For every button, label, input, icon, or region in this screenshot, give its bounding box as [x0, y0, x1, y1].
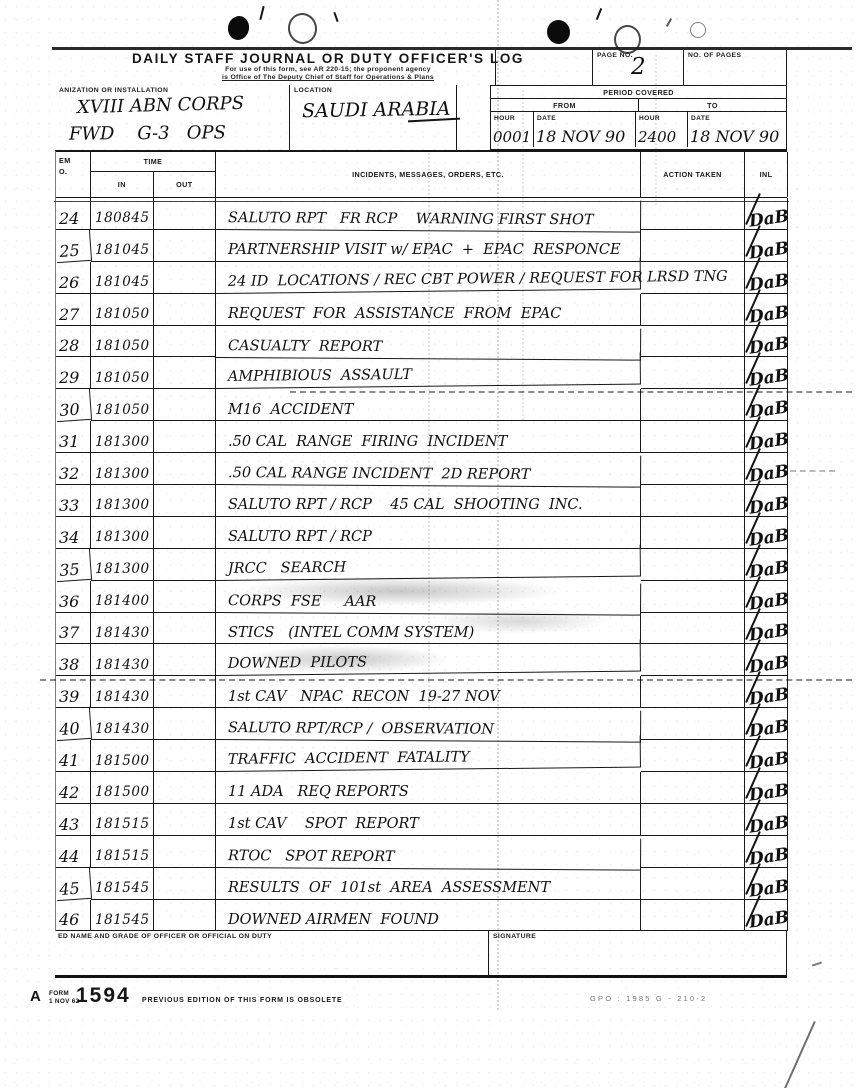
initials-cell: DaB [745, 421, 788, 453]
time-out-cell [154, 517, 216, 549]
table-row: 27 181050 REQUEST FOR ASSISTANCE FROM EP… [56, 294, 787, 326]
time-in-header: IN [91, 172, 154, 197]
form-title-block: DAILY STAFF JOURNAL OR DUTY OFFICER'S LO… [128, 51, 528, 83]
time-in-cell: 181300 [91, 517, 154, 549]
item-no-cell: 30 [55, 388, 92, 422]
time-in-cell: 181300 [91, 549, 154, 581]
initials-scribble: DaB [748, 240, 790, 262]
table-row: 34 181300 SALUTO RPT / RCP DaB [56, 517, 787, 549]
table-row: 46 181545 DOWNED AIRMEN FOUND DaB [56, 900, 787, 932]
organization-label: ANIZATION OR INSTALLATION [55, 85, 289, 94]
action-taken-cell [641, 836, 745, 868]
initials-scribble: DaB [748, 431, 790, 453]
initials-scribble: DaB [748, 208, 790, 230]
action-taken-cell [641, 421, 745, 453]
signature-label: SIGNATURE [493, 933, 536, 940]
table-row: 45 181545 RESULTS OF 101st AREA ASSESSME… [56, 868, 787, 900]
to-date-label: DATE [691, 115, 710, 122]
organization-box: ANIZATION OR INSTALLATION XVIII ABN CORP… [55, 85, 290, 150]
location-box: LOCATION SAUDI ARABIA [290, 85, 457, 150]
time-in-cell: 181515 [91, 804, 154, 836]
table-row: 36 181400 CORPS FSE AAR DaB [56, 581, 787, 613]
organization-value-line2: FWD G-3 OPS [69, 124, 226, 143]
from-date-value: 18 NOV 90 [536, 129, 625, 145]
action-taken-cell [641, 644, 745, 676]
signature-field: SIGNATURE [488, 931, 786, 975]
time-in-cell: 181050 [91, 389, 154, 421]
item-no-cell: 42 [56, 772, 91, 804]
incident-cell: DOWNED AIRMEN FOUND [216, 900, 641, 932]
time-in-cell: 181430 [91, 644, 154, 676]
time-in-cell: 181430 [91, 613, 154, 645]
time-in-cell: 181045 [91, 262, 154, 294]
initials-scribble: DaB [748, 750, 790, 772]
no-of-pages-box: NO. OF PAGES [683, 50, 787, 85]
pen-stroke-mark [812, 962, 822, 967]
item-no-header: EM O. [56, 152, 91, 197]
initials-scribble: DaB [748, 559, 790, 581]
form-title: DAILY STAFF JOURNAL OR DUTY OFFICER'S LO… [128, 51, 528, 66]
initials-scribble: DaB [748, 463, 790, 485]
action-taken-cell [641, 389, 745, 421]
form-word: FORM [49, 990, 79, 998]
initials-scribble: DaB [748, 814, 790, 836]
action-taken-cell [641, 230, 745, 262]
pen-tick-mark [259, 6, 264, 20]
initials-cell: DaB [745, 549, 788, 581]
scan-artifact-dashes [290, 391, 852, 393]
form-word-date: FORM 1 NOV 62 [49, 990, 79, 1007]
time-out-cell [154, 836, 216, 868]
initials-cell: DaB [745, 389, 788, 421]
initials-cell: DaB [745, 453, 788, 485]
initials-cell: DaB [745, 836, 788, 868]
scanned-form-page: DAILY STAFF JOURNAL OR DUTY OFFICER'S LO… [0, 0, 856, 1088]
pen-ring-mark [286, 11, 320, 47]
initials-cell: DaB [745, 804, 788, 836]
initials-scribble: DaB [748, 591, 790, 613]
time-in-cell: 181045 [91, 230, 154, 262]
time-out-cell [154, 294, 216, 326]
initials-scribble: DaB [748, 846, 790, 868]
time-out-cell [154, 421, 216, 453]
time-out-cell [154, 708, 216, 740]
scan-fold-line [655, 55, 657, 205]
item-no-cell: 28 [56, 326, 91, 358]
initials-scribble: DaB [748, 368, 790, 390]
initials-scribble: DaB [748, 400, 790, 422]
location-label: LOCATION [290, 85, 456, 94]
time-out-cell [154, 262, 216, 294]
period-covered-box: PERIOD COVERED FROM TO HOUR 0001 DATE 18… [490, 85, 787, 150]
header-empty-box [495, 50, 592, 85]
time-in-cell: 181050 [91, 326, 154, 358]
initials-cell: DaB [745, 230, 788, 262]
item-no-cell: 31 [56, 421, 91, 453]
initials-cell: DaB [745, 868, 788, 900]
action-taken-cell [641, 613, 745, 645]
item-no-cell: 41 [56, 740, 91, 772]
organization-value-line1: XVIII ABN CORPS [77, 95, 245, 117]
action-taken-cell [641, 708, 745, 740]
table-row: 24 180845 SALUTO RPT FR RCP WARNING FIRS… [56, 198, 787, 230]
action-taken-cell [641, 676, 745, 708]
item-no-cell: 40 [55, 707, 92, 741]
table-row: 30 181050 M16 ACCIDENT DaB [56, 389, 787, 421]
time-in-cell: 181500 [91, 740, 154, 772]
table-row: 25 181045 PARTNERSHIP VISIT w/ EPAC + EP… [56, 230, 787, 262]
initials-scribble: DaB [748, 878, 790, 900]
period-from-label: FROM [491, 99, 639, 111]
table-row: 31 181300 .50 CAL RANGE FIRING INCIDENT … [56, 421, 787, 453]
time-in-cell: 181300 [91, 485, 154, 517]
action-taken-cell [641, 804, 745, 836]
initials-cell: DaB [745, 613, 788, 645]
time-in-cell: 181545 [91, 900, 154, 932]
pen-tick-mark [333, 12, 338, 22]
table-row: 26 181045 24 ID LOCATIONS / REC CBT POWE… [56, 262, 787, 294]
table-row: 37 181430 STICS (INTEL COMM SYSTEM) DaB [56, 613, 787, 645]
item-no-cell: 32 [56, 453, 91, 485]
pen-tick-mark [666, 18, 672, 27]
initials-header: INL [745, 152, 788, 197]
incident-cell: RTOC SPOT REPORT [216, 836, 641, 870]
item-no-cell: 37 [56, 613, 91, 645]
page-no-value: 2 [631, 56, 646, 79]
hole-punch-mark [545, 19, 571, 46]
action-taken-cell [641, 772, 745, 804]
initials-cell: DaB [745, 772, 788, 804]
from-date-label: DATE [537, 115, 556, 122]
initials-cell: DaB [745, 198, 788, 230]
initials-cell: DaB [745, 740, 788, 772]
form-number: 1594 [76, 984, 131, 1008]
time-out-cell [154, 389, 216, 421]
obsolete-note: PREVIOUS EDITION OF THIS FORM IS OBSOLET… [142, 997, 342, 1004]
initials-cell: DaB [745, 262, 788, 294]
table-row: 43 181515 1st CAV SPOT REPORT DaB [56, 804, 787, 836]
item-no-cell: 26 [56, 262, 91, 294]
no-of-pages-label: NO. OF PAGES [684, 50, 786, 59]
scan-artifact-dashes [40, 679, 852, 681]
table-row: 44 181515 RTOC SPOT REPORT DaB [56, 836, 787, 868]
initials-scribble: DaB [748, 910, 790, 932]
item-no-cell: 35 [55, 548, 92, 582]
action-taken-cell [641, 357, 745, 389]
time-out-cell [154, 357, 216, 389]
item-no-cell: 29 [56, 357, 91, 389]
initials-cell: DaB [745, 581, 788, 613]
initials-cell: DaB [745, 644, 788, 676]
item-no-cell: 46 [56, 900, 91, 932]
time-in-cell: 181300 [91, 453, 154, 485]
item-no-cell: 45 [55, 867, 92, 901]
initials-scribble: DaB [748, 687, 790, 709]
hole-punch-mark [226, 14, 252, 42]
initials-cell: DaB [745, 900, 788, 932]
table-row: 41 181500 TRAFFIC ACCIDENT FATALITY DaB [56, 740, 787, 772]
time-out-cell [154, 230, 216, 262]
action-taken-cell [641, 549, 745, 581]
gpo-print-note: GPO : 1985 G - 210-2 [590, 994, 707, 1003]
time-in-cell: 181430 [91, 708, 154, 740]
initials-cell: DaB [745, 294, 788, 326]
initials-cell: DaB [745, 708, 788, 740]
typed-name-label: ED NAME AND GRADE OF OFFICER OR OFFICIAL… [58, 933, 272, 940]
time-in-cell: 181050 [91, 357, 154, 389]
item-no-cell: 43 [56, 804, 91, 836]
action-taken-cell [641, 900, 745, 932]
time-in-cell: 181515 [91, 836, 154, 868]
time-in-cell: 181500 [91, 772, 154, 804]
initials-scribble: DaB [748, 304, 790, 326]
initials-scribble: DaB [748, 495, 790, 517]
to-date-value: 18 NOV 90 [690, 129, 779, 145]
item-no-cell: 44 [56, 836, 91, 868]
time-in-cell: 181300 [91, 421, 154, 453]
initials-cell: DaB [745, 326, 788, 358]
item-no-cell: 34 [56, 517, 91, 549]
period-covered-label: PERIOD COVERED [491, 86, 786, 99]
initials-scribble: DaB [748, 272, 790, 294]
scan-fold-line [428, 150, 430, 710]
initials-scribble: DaB [748, 527, 790, 549]
pen-ring-mark [690, 22, 706, 38]
table-row: 42 181500 11 ADA REQ REPORTS DaB [56, 772, 787, 804]
time-header: TIME [91, 152, 215, 172]
time-out-cell [154, 772, 216, 804]
time-out-cell [154, 613, 216, 645]
time-out-cell [154, 549, 216, 581]
pen-tick-mark [596, 8, 602, 20]
item-no-cell: 39 [56, 676, 91, 708]
time-out-cell [154, 868, 216, 900]
incident-cell: 1st CAV SPOT REPORT [216, 804, 641, 836]
table-row: 29 181050 AMPHIBIOUS ASSAULT DaB [56, 357, 787, 389]
to-hour-value: 2400 [638, 130, 676, 145]
action-taken-cell [641, 581, 745, 613]
initials-scribble: DaB [748, 336, 790, 358]
time-in-cell: 181545 [91, 868, 154, 900]
action-taken-cell [641, 868, 745, 900]
scan-fold-line [497, 0, 499, 1010]
table-row: 38 181430 DOWNED PILOTS DaB [56, 644, 787, 676]
item-no-cell: 33 [56, 485, 91, 517]
time-out-cell [154, 581, 216, 613]
time-header-group: TIME IN OUT [91, 152, 216, 197]
item-no-cell: 38 [56, 644, 91, 676]
time-in-cell: 180845 [91, 198, 154, 230]
table-row: 35 181300 JRCC SEARCH DaB [56, 549, 787, 581]
journal-table: EM O. TIME IN OUT INCIDENTS, MESSAGES, O… [55, 150, 787, 931]
initials-scribble: DaB [748, 718, 790, 740]
time-in-cell: 181050 [91, 294, 154, 326]
officer-signature-box: ED NAME AND GRADE OF OFFICER OR OFFICIAL… [55, 931, 787, 978]
action-taken-cell [641, 453, 745, 485]
initials-cell: DaB [745, 517, 788, 549]
scan-fold-line [522, 90, 524, 420]
action-taken-cell [641, 740, 745, 772]
location-value: SAUDI ARABIA [302, 100, 451, 122]
time-out-cell [154, 804, 216, 836]
time-out-cell [154, 644, 216, 676]
page-no-box: PAGE NO. 2 [592, 50, 683, 85]
form-subtitle-line1: For use of this form, see AR 220-15; the… [128, 66, 528, 74]
pen-stroke-mark [782, 1021, 816, 1088]
time-in-cell: 181400 [91, 581, 154, 613]
item-no-cell: 36 [56, 581, 91, 613]
table-row: 40 181430 SALUTO RPT/RCP / OBSERVATION D… [56, 708, 787, 740]
table-row: 39 181430 1st CAV NPAC RECON 19-27 NOV D… [56, 676, 787, 708]
table-header-row: EM O. TIME IN OUT INCIDENTS, MESSAGES, O… [56, 152, 787, 198]
incident-cell: 11 ADA REQ REPORTS [216, 772, 641, 804]
action-taken-cell [641, 326, 745, 358]
initials-cell: DaB [745, 485, 788, 517]
table-row: 28 181050 CASUALTY REPORT DaB [56, 326, 787, 358]
table-row: 32 181300 .50 CAL RANGE INCIDENT 2D REPO… [56, 453, 787, 485]
table-rows: 24 180845 SALUTO RPT FR RCP WARNING FIRS… [56, 198, 787, 931]
item-no-cell: 24 [56, 198, 91, 230]
form-subtitle-line2: is Office of The Deputy Chief of Staff f… [128, 74, 528, 82]
incident-cell: TRAFFIC ACCIDENT FATALITY [216, 736, 641, 772]
action-taken-cell [641, 517, 745, 549]
form-prefix: A [30, 988, 41, 1005]
action-taken-cell [641, 485, 745, 517]
table-row: 33 181300 SALUTO RPT / RCP 45 CAL SHOOTI… [56, 485, 787, 517]
time-out-cell [154, 198, 216, 230]
form-edition-date: 1 NOV 62 [49, 998, 79, 1006]
time-out-cell [154, 740, 216, 772]
initials-scribble: DaB [748, 782, 790, 804]
incident-cell: RESULTS OF 101st AREA ASSESSMENT [216, 868, 641, 900]
initials-scribble: DaB [748, 655, 790, 677]
period-to-label: TO [639, 99, 786, 111]
initials-cell: DaB [745, 357, 788, 389]
initials-cell: DaB [745, 676, 788, 708]
action-taken-cell [641, 262, 745, 294]
item-no-cell: 27 [56, 294, 91, 326]
time-out-header: OUT [154, 172, 215, 197]
scan-artifact-dashes [790, 470, 835, 472]
action-taken-cell [641, 294, 745, 326]
time-out-cell [154, 676, 216, 708]
time-out-cell [154, 485, 216, 517]
initials-scribble: DaB [748, 623, 790, 645]
time-in-cell: 181430 [91, 676, 154, 708]
time-out-cell [154, 453, 216, 485]
time-out-cell [154, 326, 216, 358]
item-no-cell: 25 [55, 229, 92, 263]
time-out-cell [154, 900, 216, 932]
